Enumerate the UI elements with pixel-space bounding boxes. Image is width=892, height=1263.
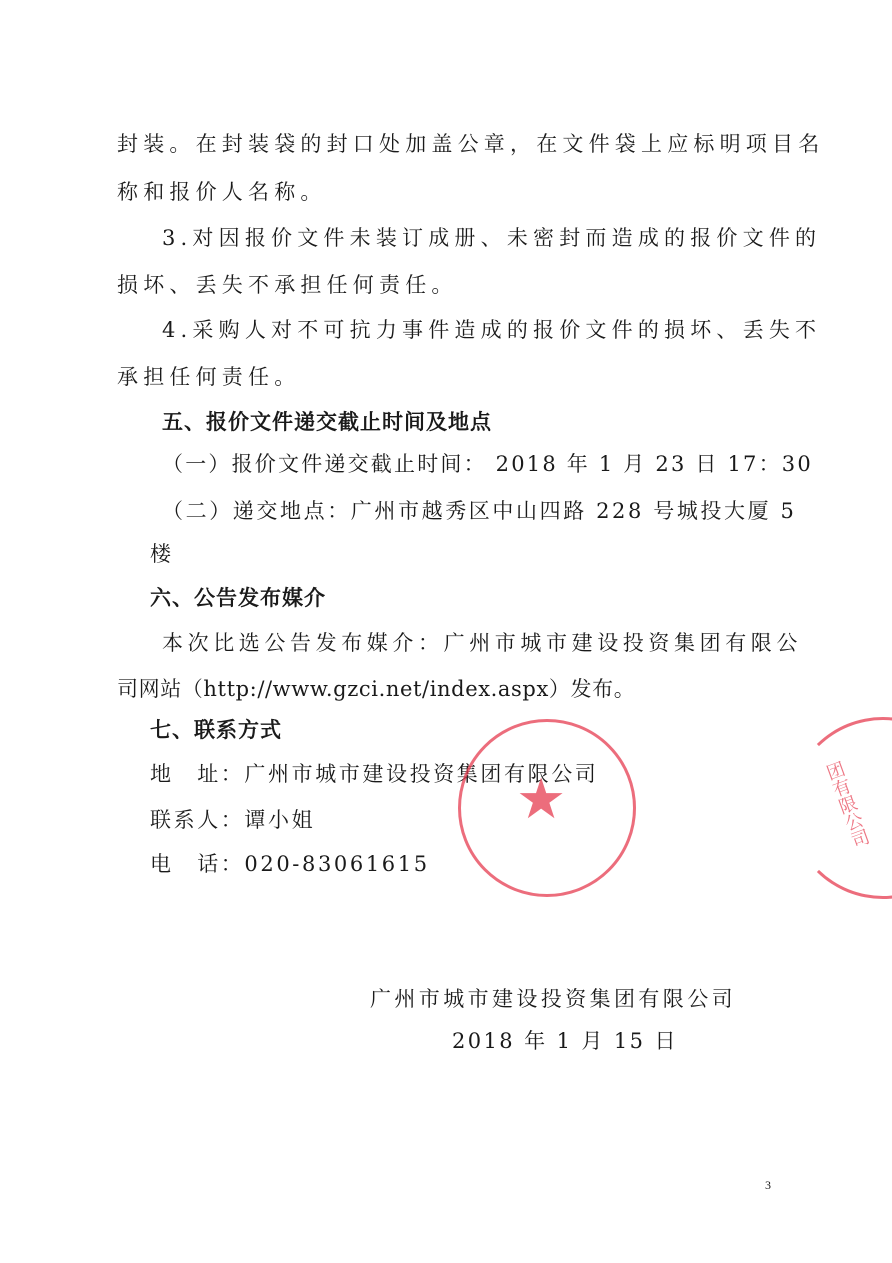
partial-seal: 团有限公司: [790, 717, 892, 899]
signature-company: 广州市城市建设投资集团有限公司: [370, 985, 736, 1013]
section-heading-5: 五、报价文件递交截止时间及地点: [162, 408, 492, 436]
media-line-cont: 司网站（http://www.gzci.net/index.aspx）发布。: [117, 675, 635, 703]
media-line: 本次比选公告发布媒介：广州市城市建设投资集团有限公: [162, 629, 802, 657]
section-heading-6: 六、公告发布媒介: [150, 584, 326, 612]
paragraph-line: 称和报价人名称。: [117, 178, 327, 206]
phone-line: 电 话：020-83061615: [150, 850, 430, 878]
paragraph-line: 3.对因报价文件未装订成册、未密封而造成的报价文件的: [162, 224, 821, 252]
contact-line: 联系人：谭小姐: [150, 806, 315, 834]
location-line-cont: 楼: [150, 540, 176, 568]
company-seal: ★: [458, 719, 636, 897]
paragraph-line: 封装。在封装袋的封口处加盖公章，在文件袋上应标明项目名: [117, 130, 824, 158]
deadline-line: （一）报价文件递交截止时间： 2018 年 1 月 23 日 17：30: [162, 450, 813, 478]
paragraph-line: 损坏、丢失不承担任何责任。: [117, 271, 458, 299]
paragraph-line: 承担任何责任。: [117, 363, 300, 391]
page-number: 3: [765, 1178, 771, 1193]
location-line: （二）递交地点：广州市越秀区中山四路 228 号城投大厦 5: [162, 497, 796, 525]
paragraph-line: 4.采购人对不可抗力事件造成的报价文件的损坏、丢失不: [162, 316, 821, 344]
partial-seal-text: 团有限公司: [818, 758, 873, 851]
signature-date: 2018 年 1 月 15 日: [452, 1027, 678, 1055]
seal-star-icon: ★: [516, 772, 566, 828]
section-heading-7: 七、联系方式: [150, 716, 282, 744]
